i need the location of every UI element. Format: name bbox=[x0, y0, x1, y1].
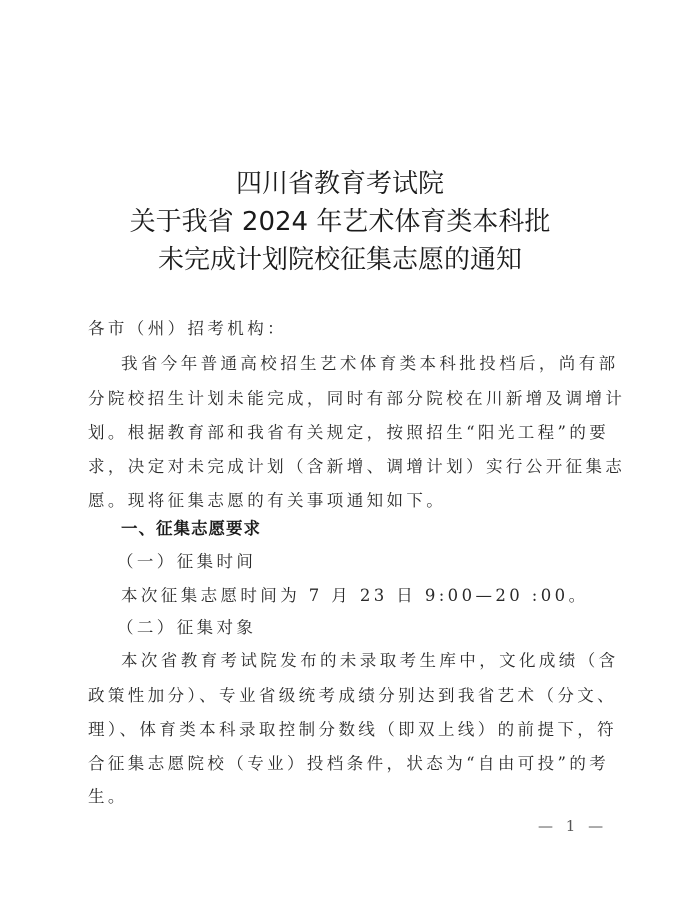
subsection-1-text: 本次征集志愿时间为 7 月 23 日 9:00—20 :00。 bbox=[121, 582, 631, 606]
title-line-2: 关于我省 2024 年艺术体育类本科批 bbox=[0, 201, 680, 238]
intro-line-3: 划。根据教育部和我省有关规定，按照招生“阳光工程”的要 bbox=[88, 419, 598, 443]
subsection-2-line-1: 本次省教育考试院发布的未录取考生库中，文化成绩（含 bbox=[121, 647, 631, 671]
subsection-2-line-4: 合征集志愿院校（专业）投档条件，状态为“自由可投”的考 bbox=[88, 750, 598, 774]
subsection-2-heading: （二）征集对象 bbox=[117, 614, 627, 638]
section-1-heading: 一、征集志愿要求 bbox=[121, 515, 631, 539]
subsection-1-heading: （一）征集时间 bbox=[117, 548, 627, 572]
intro-line-1: 我省今年普通高校招生艺术体育类本科批投档后，尚有部 bbox=[121, 350, 631, 374]
title-line-3: 未完成计划院校征集志愿的通知 bbox=[0, 239, 680, 276]
intro-line-5: 愿。现将征集志愿的有关事项通知如下。 bbox=[88, 487, 598, 511]
page-number: — 1 — bbox=[538, 817, 607, 835]
subsection-2-line-3: 理）、体育类本科录取控制分数线（即双上线）的前提下，符 bbox=[88, 716, 598, 740]
intro-line-4: 求，决定对未完成计划（含新增、调增计划）实行公开征集志 bbox=[88, 453, 598, 477]
salutation: 各市（州）招考机构： bbox=[88, 315, 598, 339]
subsection-2-line-2: 政策性加分）、专业省级统考成绩分别达到我省艺术（分文、 bbox=[88, 682, 598, 706]
subsection-2-line-5: 生。 bbox=[88, 783, 598, 807]
title-line-1: 四川省教育考试院 bbox=[0, 163, 680, 200]
intro-line-2: 分院校招生计划未能完成，同时有部分院校在川新增及调增计 bbox=[88, 385, 598, 409]
